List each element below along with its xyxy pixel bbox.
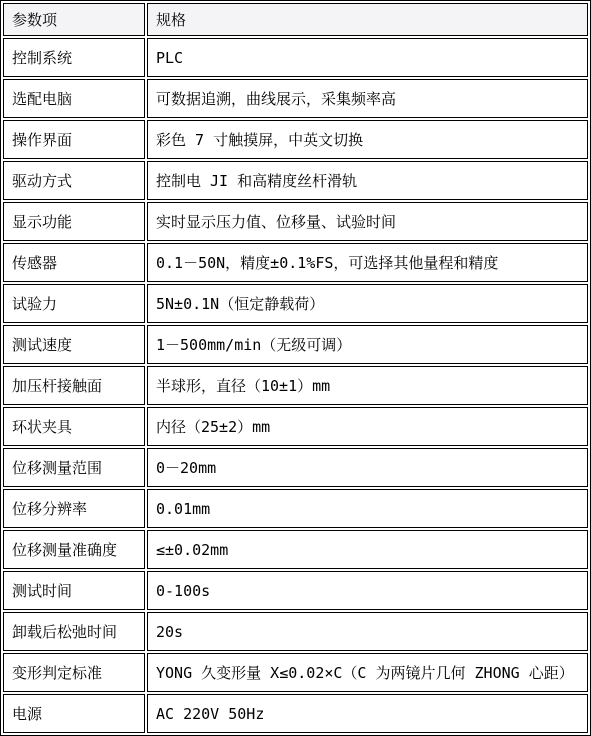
param-cell: 选配电脑 — [3, 79, 145, 118]
spec-cell: PLC — [147, 38, 588, 77]
table-row: 试验力 5N±0.1N（恒定静载荷） — [3, 284, 588, 323]
param-cell: 变形判定标准 — [3, 653, 145, 692]
table-row: 环状夹具 内径（25±2）mm — [3, 407, 588, 446]
param-cell: 位移测量准确度 — [3, 530, 145, 569]
spec-cell: AC 220V 50Hz — [147, 694, 588, 733]
table-header-row: 参数项 规格 — [3, 3, 588, 36]
table-row: 控制系统 PLC — [3, 38, 588, 77]
param-cell: 位移分辨率 — [3, 489, 145, 528]
table-row: 位移测量准确度 ≤±0.02mm — [3, 530, 588, 569]
param-cell: 操作界面 — [3, 120, 145, 159]
param-cell: 电源 — [3, 694, 145, 733]
spec-cell: 实时显示压力值、位移量、试验时间 — [147, 202, 588, 241]
param-cell: 显示功能 — [3, 202, 145, 241]
table-row: 变形判定标准 YONG 久变形量 X≤0.02×C（C 为两镜片几何 ZHONG… — [3, 653, 588, 692]
table-row: 电源 AC 220V 50Hz — [3, 694, 588, 733]
table-row: 加压杆接触面 半球形，直径（10±1）mm — [3, 366, 588, 405]
spec-cell: 可数据追溯，曲线展示，采集频率高 — [147, 79, 588, 118]
param-cell: 测试速度 — [3, 325, 145, 364]
param-cell: 环状夹具 — [3, 407, 145, 446]
spec-cell: 5N±0.1N（恒定静载荷） — [147, 284, 588, 323]
table-row: 驱动方式 控制电 JI 和高精度丝杆滑轨 — [3, 161, 588, 200]
param-cell: 试验力 — [3, 284, 145, 323]
spec-cell: 彩色 7 寸触摸屏，中英文切换 — [147, 120, 588, 159]
param-cell: 卸载后松弛时间 — [3, 612, 145, 651]
table-row: 位移分辨率 0.01mm — [3, 489, 588, 528]
spec-cell: 内径（25±2）mm — [147, 407, 588, 446]
param-cell: 加压杆接触面 — [3, 366, 145, 405]
spec-cell: 20s — [147, 612, 588, 651]
table-row: 操作界面 彩色 7 寸触摸屏，中英文切换 — [3, 120, 588, 159]
table-row: 选配电脑 可数据追溯，曲线展示，采集频率高 — [3, 79, 588, 118]
spec-cell: 控制电 JI 和高精度丝杆滑轨 — [147, 161, 588, 200]
spec-cell: ≤±0.02mm — [147, 530, 588, 569]
param-cell: 驱动方式 — [3, 161, 145, 200]
table-row: 显示功能 实时显示压力值、位移量、试验时间 — [3, 202, 588, 241]
table-row: 位移测量范围 0－20mm — [3, 448, 588, 487]
spec-cell: 0.01mm — [147, 489, 588, 528]
param-cell: 传感器 — [3, 243, 145, 282]
param-cell: 控制系统 — [3, 38, 145, 77]
header-param-cell: 参数项 — [3, 3, 145, 36]
table-row: 卸载后松弛时间 20s — [3, 612, 588, 651]
spec-cell: 0.1－50N，精度±0.1%FS，可选择其他量程和精度 — [147, 243, 588, 282]
header-spec-cell: 规格 — [147, 3, 588, 36]
spec-cell: 0－20mm — [147, 448, 588, 487]
param-cell: 位移测量范围 — [3, 448, 145, 487]
spec-table: 参数项 规格 控制系统 PLC 选配电脑 可数据追溯，曲线展示，采集频率高 操作… — [0, 0, 591, 736]
table-row: 测试速度 1－500mm/min（无级可调） — [3, 325, 588, 364]
table-row: 传感器 0.1－50N，精度±0.1%FS，可选择其他量程和精度 — [3, 243, 588, 282]
table-row: 测试时间 0-100s — [3, 571, 588, 610]
spec-cell: YONG 久变形量 X≤0.02×C（C 为两镜片几何 ZHONG 心距） — [147, 653, 588, 692]
param-cell: 测试时间 — [3, 571, 145, 610]
spec-cell: 1－500mm/min（无级可调） — [147, 325, 588, 364]
spec-cell: 0-100s — [147, 571, 588, 610]
spec-cell: 半球形，直径（10±1）mm — [147, 366, 588, 405]
